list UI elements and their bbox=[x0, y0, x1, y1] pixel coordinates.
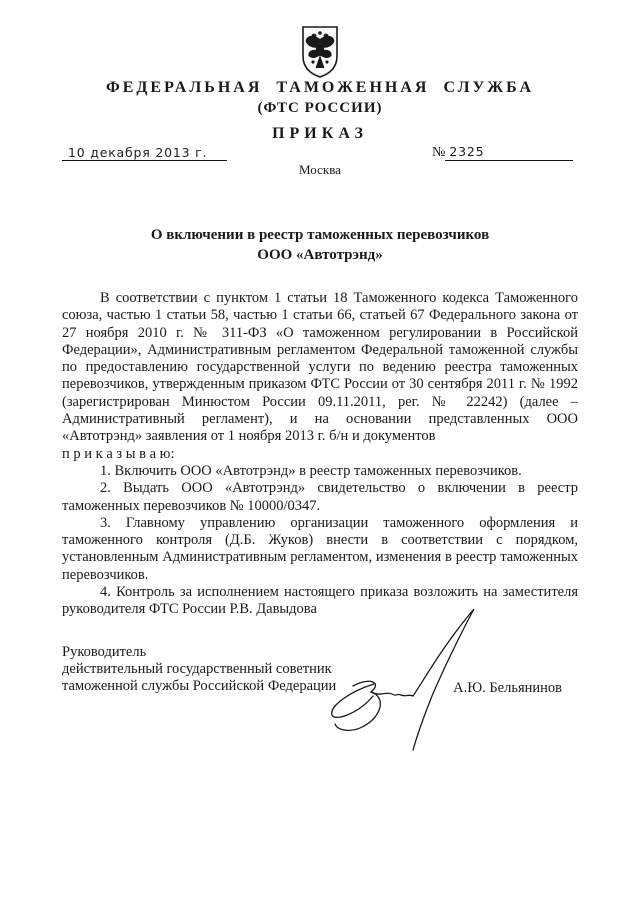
org-abbreviation: (ФТС РОССИИ) bbox=[0, 100, 640, 117]
preamble-paragraph: В соответствии с пунктом 1 статьи 18 Там… bbox=[62, 290, 578, 446]
title-line-2: ООО «Автотрэнд» bbox=[62, 245, 578, 265]
city-label: Москва bbox=[0, 162, 640, 178]
order-word: п р и к а з ы в а ю: bbox=[62, 446, 578, 463]
date-field: 10 декабря 2013 г. bbox=[62, 144, 227, 161]
number-field: №2325 bbox=[432, 144, 573, 161]
order-item-1: 1. Включить ООО «Автотрэнд» в реестр там… bbox=[62, 463, 578, 480]
date-stamp: 10 декабря 2013 г. bbox=[68, 145, 207, 160]
document-title: О включении в реестр таможенных перевозч… bbox=[62, 225, 578, 265]
handwritten-signature-icon bbox=[293, 598, 488, 773]
order-item-3: 3. Главному управлению организации тамож… bbox=[62, 515, 578, 584]
number-sign: № bbox=[432, 145, 445, 160]
order-document-page: ФЕДЕРАЛЬНАЯ ТАМОЖЕННАЯ СЛУЖБА (ФТС РОССИ… bbox=[0, 0, 640, 905]
document-type-heading: ПРИКАЗ bbox=[0, 125, 640, 143]
order-item-2: 2. Выдать ООО «Автотрэнд» свидетельство … bbox=[62, 480, 578, 515]
document-body: В соответствии с пунктом 1 статьи 18 Там… bbox=[62, 290, 578, 619]
title-line-1: О включении в реестр таможенных перевозч… bbox=[62, 225, 578, 245]
number-stamp: 2325 bbox=[449, 144, 484, 159]
org-name: ФЕДЕРАЛЬНАЯ ТАМОЖЕННАЯ СЛУЖБА bbox=[0, 79, 640, 97]
russia-coat-of-arms-icon bbox=[300, 26, 340, 78]
